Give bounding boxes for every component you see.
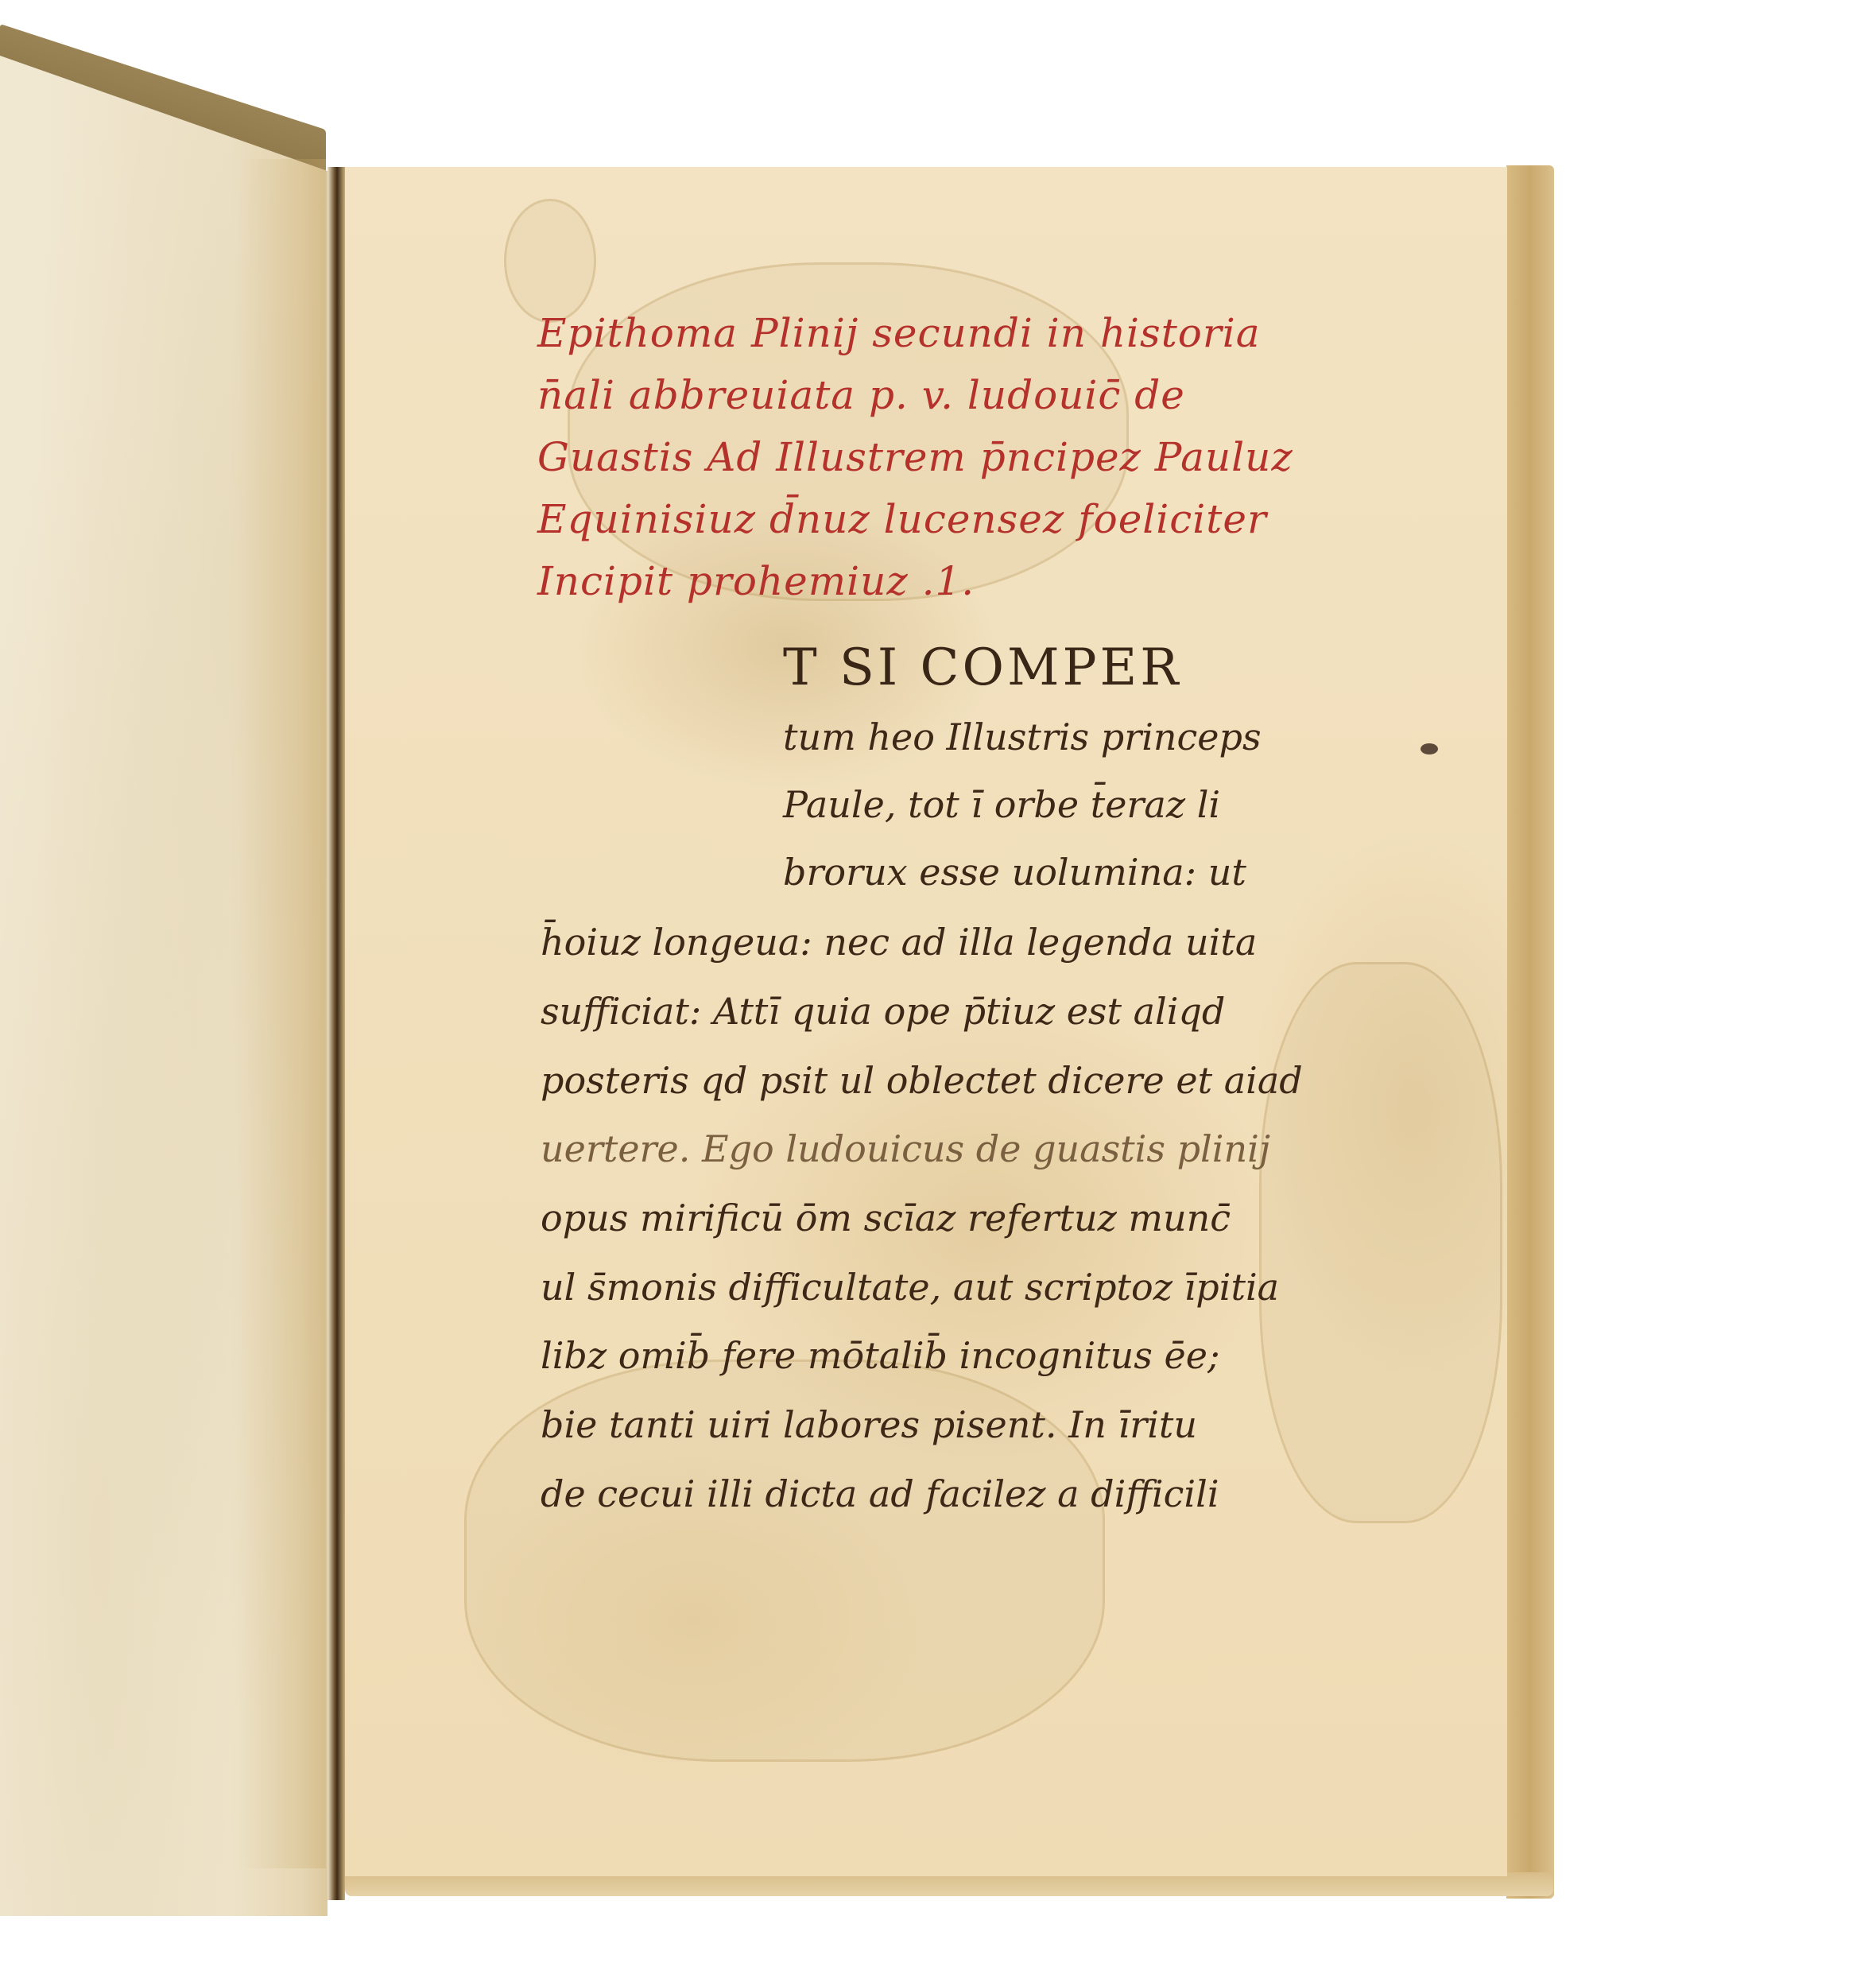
left-page-stain: [238, 159, 326, 1868]
heading-line: n̄ali abbreuiata p. v. ludouic̄ de: [537, 364, 1300, 426]
rubricated-heading: Epithoma Plinij secundi in historia n̄al…: [537, 302, 1300, 612]
heading-line: Epithoma Plinij secundi in historia: [537, 302, 1300, 364]
body-line: Paule, tot ī orbe t̄eraz li: [783, 783, 1220, 826]
heading-line: Incipit prohemiuz .1.: [537, 550, 1300, 612]
body-line: bie tanti uiri labores pisent. In īritu: [541, 1403, 1197, 1446]
body-line: brorux esse uolumina: ut: [783, 851, 1246, 894]
body-line: uertere. Ego ludouicus de guastis plinij: [541, 1127, 1270, 1170]
vellum-cover-edge: [1506, 165, 1554, 1899]
water-stain: [1259, 962, 1502, 1523]
heading-line: Guastis Ad Illustrem p̄ncipez Pauluz: [537, 426, 1300, 488]
body-line: sufficiat: Attī quia ope p̄tiuz est ali…: [541, 990, 1225, 1033]
body-line: libz omib̄ fere mōtalib̄ incognitus ēe…: [541, 1334, 1219, 1377]
body-line: posteris qd psit ul oblectet dicere et a…: [541, 1059, 1303, 1102]
body-line: h̄oiuz longeua: nec ad illa legenda uita: [541, 921, 1257, 964]
heading-line: Equinisiuz d̄nuz lucensez foeliciter: [537, 488, 1300, 550]
body-line: ul s̄monis difficultate, aut scriptoz ī…: [541, 1266, 1279, 1309]
book-gutter: [328, 167, 345, 1900]
ink-blot: [1421, 743, 1438, 754]
manuscript-photo: Epithoma Plinij secundi in historia n̄al…: [0, 0, 1876, 1986]
body-line: de cecui illi dicta ad facilez a diffici…: [541, 1472, 1219, 1515]
incipit-capitals: T SI COMPER: [783, 636, 1181, 700]
body-line: opus mirificū ōm scīaz refertuz munc̄: [541, 1197, 1231, 1239]
body-line: tum heo Illustris princeps: [783, 716, 1262, 758]
